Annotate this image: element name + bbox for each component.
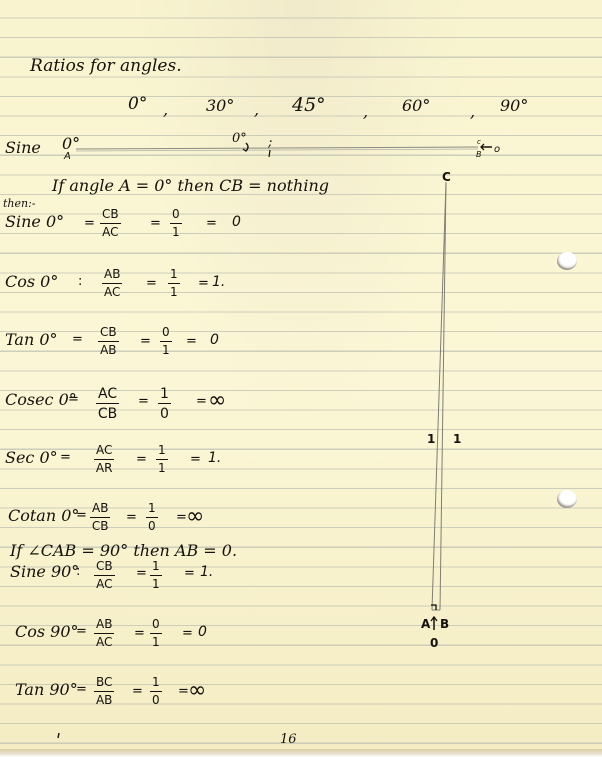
side-left-length: 1 — [427, 432, 435, 446]
vertex-c-label: C — [442, 170, 451, 184]
page-number: 16 — [280, 733, 297, 746]
side-cb — [440, 182, 446, 610]
side-right-length: 1 — [453, 432, 461, 446]
vertex-b-label: B — [440, 617, 449, 631]
sine-baseline — [76, 147, 478, 149]
side-ca — [432, 182, 446, 610]
triangle-diagram — [0, 0, 602, 757]
stray-mark — [58, 733, 59, 738]
origin-o-label: 0 — [430, 636, 438, 650]
curved-arrow-icon — [243, 143, 248, 151]
vertex-a-label: A — [421, 617, 430, 631]
